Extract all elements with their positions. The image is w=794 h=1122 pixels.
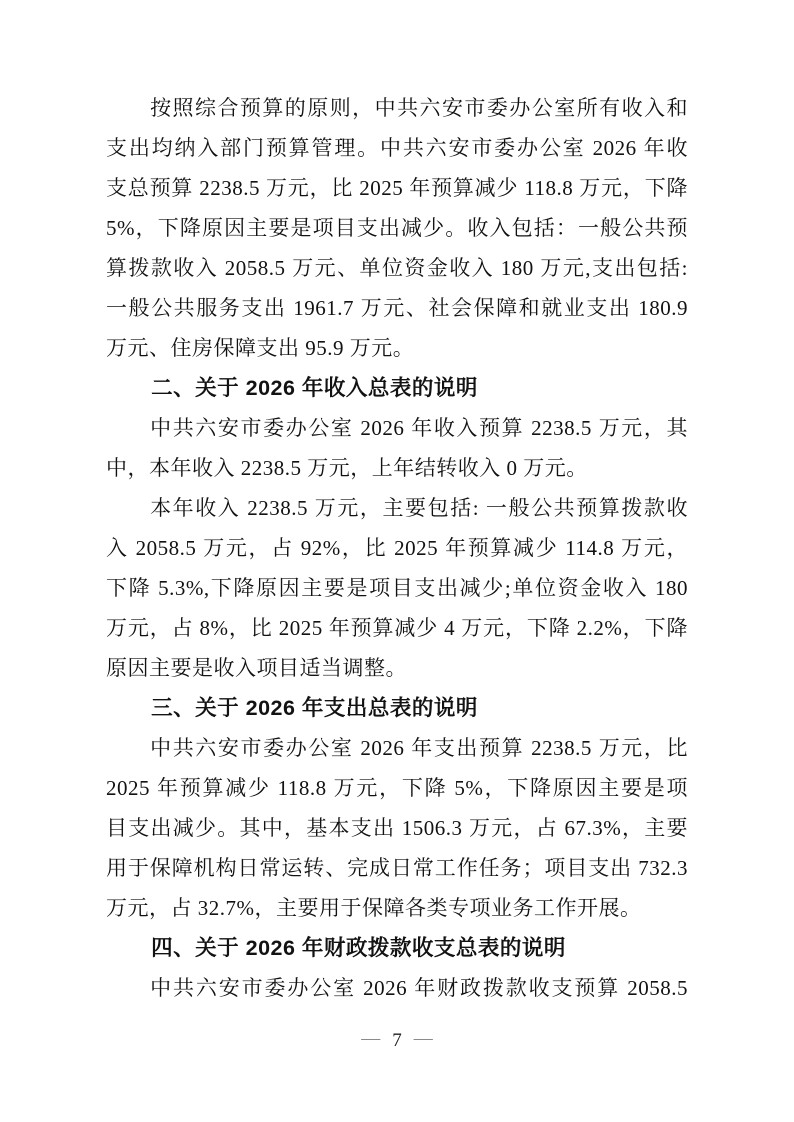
body-text-line: 原因主要是收入项目适当调整。 (106, 648, 688, 688)
body-text-line: 本年收入 2238.5 万元，主要包括: 一般公共预算拨款收 (106, 488, 688, 528)
body-text-line: 按照综合预算的原则，中共六安市委办公室所有收入和 (106, 88, 688, 128)
body-text-line: 中，本年收入 2238.5 万元，上年结转收入 0 万元。 (106, 448, 688, 488)
section-heading: 四、关于 2026 年财政拨款收支总表的说明 (106, 928, 688, 968)
footer-dash-right: — (414, 1028, 433, 1049)
body-text-line: 一般公共服务支出 1961.7 万元、社会保障和就业支出 180.9 (106, 288, 688, 328)
section-heading: 二、关于 2026 年收入总表的说明 (106, 368, 688, 408)
document-page: 按照综合预算的原则，中共六安市委办公室所有收入和支出均纳入部门预算管理。中共六安… (0, 0, 794, 1122)
body-text-line: 万元，占 32.7%，主要用于保障各类专项业务工作开展。 (106, 888, 688, 928)
document-body: 按照综合预算的原则，中共六安市委办公室所有收入和支出均纳入部门预算管理。中共六安… (106, 88, 688, 1008)
body-text-line: 目支出减少。其中，基本支出 1506.3 万元，占 67.3%，主要 (106, 808, 688, 848)
body-text-line: 中共六安市委办公室 2026 年收入预算 2238.5 万元，其 (106, 408, 688, 448)
body-text-line: 万元，占 8%，比 2025 年预算减少 4 万元，下降 2.2%，下降 (106, 608, 688, 648)
body-text-line: 5%，下降原因主要是项目支出减少。收入包括：一般公共预 (106, 208, 688, 248)
footer-dash-left: — (361, 1028, 380, 1049)
page-footer: —7— (0, 1026, 794, 1056)
body-text-line: 万元、住房保障支出 95.9 万元。 (106, 328, 688, 368)
body-text-line: 中共六安市委办公室 2026 年支出预算 2238.5 万元，比 (106, 728, 688, 768)
body-text-line: 支出均纳入部门预算管理。中共六安市委办公室 2026 年收 (106, 128, 688, 168)
body-text-line: 下降 5.3%,下降原因主要是项目支出减少;单位资金收入 180 (106, 568, 688, 608)
body-text-line: 用于保障机构日常运转、完成日常工作任务；项目支出 732.3 (106, 848, 688, 888)
body-text-line: 入 2058.5 万元，占 92%，比 2025 年预算减少 114.8 万元， (106, 528, 688, 568)
body-text-line: 支总预算 2238.5 万元，比 2025 年预算减少 118.8 万元，下降 (106, 168, 688, 208)
body-text-line: 算拨款收入 2058.5 万元、单位资金收入 180 万元,支出包括: (106, 248, 688, 288)
body-text-line: 2025 年预算减少 118.8 万元，下降 5%，下降原因主要是项 (106, 768, 688, 808)
body-text-line: 中共六安市委办公室 2026 年财政拨款收支预算 2058.5 (106, 968, 688, 1008)
section-heading: 三、关于 2026 年支出总表的说明 (106, 688, 688, 728)
page-number: 7 (392, 1030, 402, 1051)
